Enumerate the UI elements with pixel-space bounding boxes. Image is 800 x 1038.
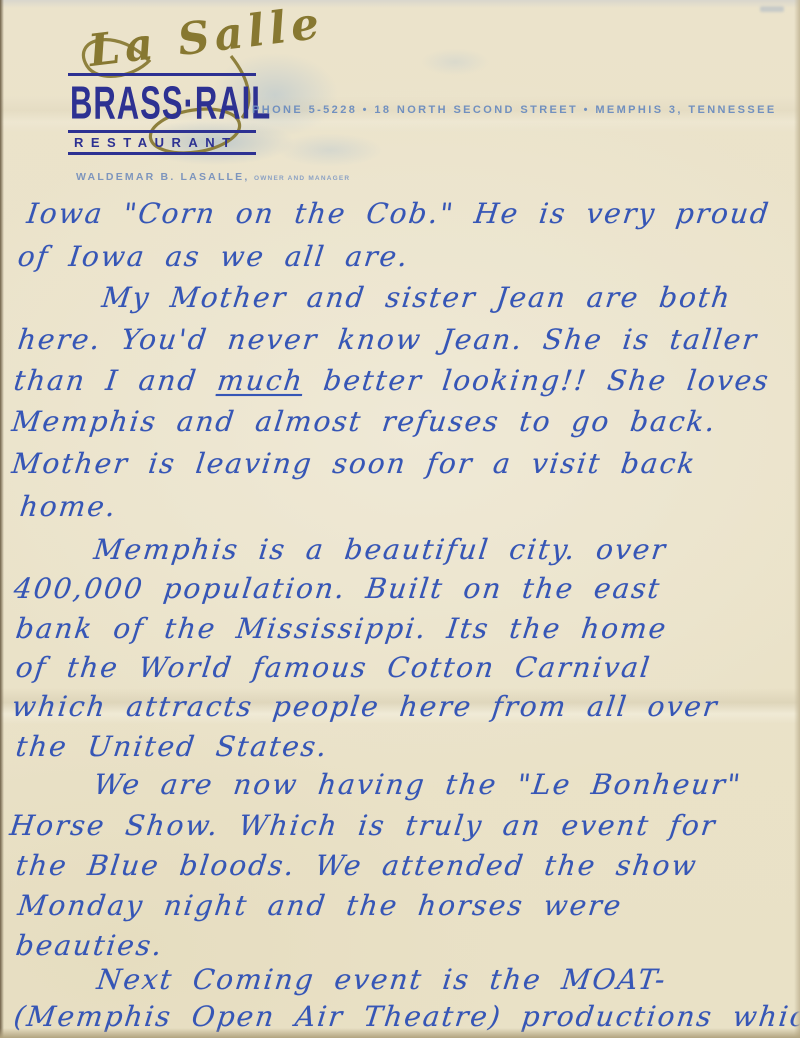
letterhead-contact: PHONE 5-5228 • 18 NORTH SECOND STREET • … (252, 104, 777, 116)
letter-line: We are now having the "Le Bonheur" (92, 768, 744, 801)
letter-line: home. (18, 490, 119, 523)
letter-line: Iowa "Corn on the Cob." He is very proud (25, 197, 772, 230)
letter-line: Next Coming event is the MOAT- (95, 963, 669, 996)
letter-page: La Salle BRASS·RAIL RESTAURANT PHONE 5-5… (0, 0, 800, 1038)
letter-line: here. You'd never know Jean. She is tall… (16, 323, 760, 356)
letter-line: which attracts people here from all over (10, 690, 720, 723)
letter-line: Horse Show. Which is truly an event for (8, 809, 718, 842)
brand-name: BRASS·RAIL (70, 77, 258, 130)
owner-title: OWNER AND MANAGER (254, 175, 350, 182)
letter-line: bank of the Mississippi. Its the home (14, 612, 669, 645)
brand-script-name: La Salle (86, 0, 327, 77)
underlined-word: much (215, 364, 305, 397)
owner-line: WALDEMAR B. LASALLE, OWNER AND MANAGER (76, 167, 350, 185)
brand-logo: BRASS·RAIL RESTAURANT (68, 73, 258, 155)
scan-edge-top (0, 0, 800, 8)
scan-edge-left (0, 0, 4, 1038)
letter-line: of the World famous Cotton Carnival (14, 651, 653, 684)
letter-line: the United States. (14, 730, 330, 763)
brand-rule (68, 73, 256, 76)
letter-line: 400,000 population. Built on the east (12, 572, 663, 605)
brand-type: RESTAURANT (68, 133, 256, 152)
owner-name: WALDEMAR B. LASALLE, (76, 171, 250, 183)
letter-line: My Mother and sister Jean are both (100, 281, 734, 314)
letter-line: Monday night and the horses were (16, 889, 624, 922)
letter-line: beauties. (14, 929, 165, 962)
scan-edge-right (794, 0, 800, 1038)
letter-line: the Blue bloods. We attended the show (14, 849, 700, 882)
letter-line: than I and much better looking!! She lov… (12, 364, 772, 397)
letter-line: Mother is leaving soon for a visit back (10, 447, 698, 480)
letter-line: of Iowa as we all are. (16, 240, 411, 273)
scan-edge-bottom (0, 1028, 800, 1038)
letter-line: Memphis and almost refuses to go back. (10, 405, 719, 438)
line-segment: than I and (12, 364, 219, 397)
letter-line: Memphis is a beautiful city. over (92, 533, 669, 566)
line-segment: better looking!! She loves (302, 364, 772, 397)
brand-sub-block: RESTAURANT (68, 130, 256, 155)
